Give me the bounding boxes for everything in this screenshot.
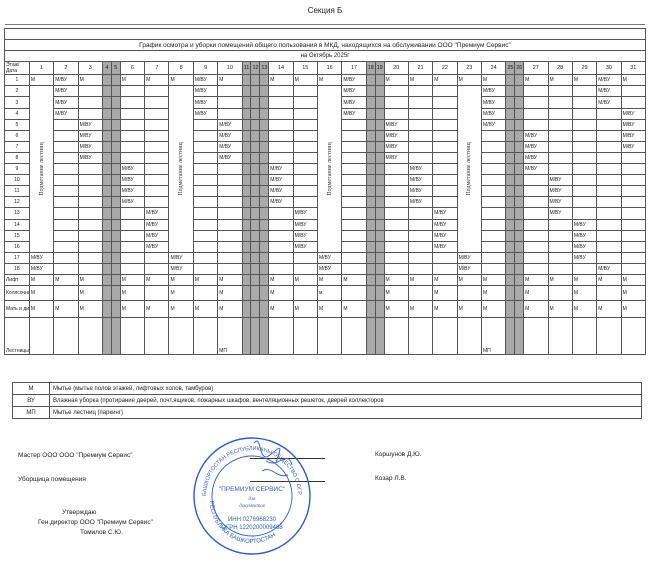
schedule-cell (218, 197, 242, 208)
schedule-cell: М (572, 274, 596, 285)
schedule-cell (506, 208, 515, 219)
schedule-cell (193, 119, 217, 130)
schedule-cell (251, 230, 260, 241)
schedule-cell (251, 241, 260, 252)
schedule-cell (251, 252, 260, 263)
schedule-cell (111, 219, 120, 230)
schedule-cell (193, 286, 217, 301)
schedule-cell (366, 241, 375, 252)
schedule-cell (54, 318, 78, 355)
schedule-cell: М/ВУ (433, 241, 457, 252)
schedule-cell: М (621, 75, 645, 86)
schedule-cell (260, 197, 269, 208)
director-name: Томилов С.Ю. (80, 529, 123, 536)
schedule-cell (506, 301, 515, 318)
schedule-cell (408, 119, 432, 130)
schedule-cell (408, 263, 432, 274)
day-header: 12 (251, 62, 260, 75)
schedule-cell (54, 119, 78, 130)
schedule-cell (251, 301, 260, 318)
schedule-cell: М (384, 301, 408, 318)
schedule-cell (102, 241, 111, 252)
schedule-cell: М/ВУ (169, 252, 193, 263)
schedule-cell (515, 119, 524, 130)
schedule-cell: М (169, 75, 193, 86)
schedule-cell: М (269, 274, 293, 285)
schedule-cell: М (481, 301, 505, 318)
schedule-cell (260, 263, 269, 274)
schedule-cell (218, 219, 242, 230)
schedule-cell (621, 86, 645, 97)
schedule-cell (366, 119, 375, 130)
schedule-cell (548, 97, 572, 108)
schedule-cell (515, 263, 524, 274)
schedule-cell (524, 318, 548, 355)
schedule-cell (515, 175, 524, 186)
schedule-cell (145, 318, 169, 355)
schedule-cell (102, 164, 111, 175)
corner-label: Этаж/Дата (5, 62, 30, 75)
day-header: 21 (408, 62, 432, 75)
schedule-cell (366, 286, 375, 301)
floor-label: 15 (5, 230, 30, 241)
schedule-cell: М/ВУ (193, 75, 217, 86)
schedule-cell (54, 175, 78, 186)
schedule-cell (481, 263, 505, 274)
schedule-cell (260, 186, 269, 197)
day-header: 6 (120, 62, 144, 75)
schedule-cell: М/ВУ (169, 263, 193, 274)
schedule-cell (524, 119, 548, 130)
schedule-cell (342, 141, 366, 152)
schedule-cell (242, 241, 251, 252)
schedule-cell: М/ВУ (342, 86, 366, 97)
day-header: 2 (54, 62, 78, 75)
schedule-cell (506, 241, 515, 252)
schedule-cell: М/ВУ (145, 230, 169, 241)
schedule-cell: М (384, 75, 408, 86)
schedule-cell (120, 152, 144, 163)
cleaner-role: Уборщица помещения (18, 476, 86, 483)
schedule-cell (597, 164, 621, 175)
schedule-cell (342, 219, 366, 230)
extra-row: Мать и дитяММММММММММММММММММММММ (5, 301, 646, 318)
schedule-cell: М (269, 286, 293, 301)
schedule-cell (375, 286, 384, 301)
schedule-cell (433, 186, 457, 197)
schedule-cell: М (169, 274, 193, 285)
schedule-cell (597, 130, 621, 141)
schedule-cell (597, 208, 621, 219)
schedule-cell (515, 152, 524, 163)
schedule-cell (481, 141, 505, 152)
day-header: 5 (111, 62, 120, 75)
schedule-cell (366, 263, 375, 274)
schedule-cell: М/ВУ (293, 241, 317, 252)
schedule-cell: М (621, 286, 645, 301)
day-header: 16 (318, 62, 342, 75)
schedule-cell (218, 108, 242, 119)
schedule-cell (408, 208, 432, 219)
schedule-cell (102, 141, 111, 152)
schedule-cell (515, 301, 524, 318)
schedule-cell (433, 197, 457, 208)
schedule-cell (366, 86, 375, 97)
schedule-cell (102, 318, 111, 355)
schedule-cell (120, 208, 144, 219)
schedule-cell (120, 86, 144, 97)
schedule-cell: М (78, 286, 102, 301)
schedule-cell (260, 130, 269, 141)
schedule-cell (251, 318, 260, 355)
schedule-cell: М/ВУ (572, 252, 596, 263)
schedule-cell: М/ВУ (524, 141, 548, 152)
schedule-cell (193, 186, 217, 197)
schedule-cell (218, 252, 242, 263)
schedule-cell (548, 141, 572, 152)
schedule-cell (251, 130, 260, 141)
schedule-cell: М/ВУ (218, 141, 242, 152)
schedule-cell (193, 219, 217, 230)
schedule-cell (78, 186, 102, 197)
schedule-cell: М/ВУ (524, 130, 548, 141)
schedule-cell (242, 175, 251, 186)
schedule-cell (293, 164, 317, 175)
schedule-cell (193, 175, 217, 186)
schedule-cell (548, 286, 572, 301)
schedule-cell (408, 252, 432, 263)
schedule-cell (572, 208, 596, 219)
schedule-cell: М (524, 301, 548, 318)
schedule-cell: М/ВУ (218, 152, 242, 163)
schedule-cell (408, 230, 432, 241)
schedule-cell (548, 252, 572, 263)
schedule-cell: М (572, 301, 596, 318)
schedule-cell (102, 301, 111, 318)
schedule-cell (572, 141, 596, 152)
schedule-cell: М (548, 75, 572, 86)
schedule-cell (102, 175, 111, 186)
schedule-cell (597, 175, 621, 186)
schedule-cell (366, 274, 375, 285)
schedule-cell (621, 263, 645, 274)
schedule-cell (218, 186, 242, 197)
schedule-cell (621, 318, 645, 355)
day-header: 9 (193, 62, 217, 75)
schedule-cell (433, 108, 457, 119)
schedule-cell (366, 152, 375, 163)
schedule-cell (548, 230, 572, 241)
schedule-cell: М/ВУ (120, 197, 144, 208)
schedule-cell (481, 252, 505, 263)
schedule-cell (54, 152, 78, 163)
schedule-cell: М (218, 286, 242, 301)
floor-label: 10 (5, 175, 30, 186)
schedule-cell: М (54, 301, 78, 318)
schedule-cell: М/ВУ (457, 263, 481, 274)
schedule-cell (242, 286, 251, 301)
floor-row: 17М/ВУМ/ВУМ/ВУМ/ВУМ/ВУ (5, 252, 646, 263)
floor-label: 4 (5, 108, 30, 119)
schedule-cell (515, 274, 524, 285)
schedule-cell (384, 252, 408, 263)
schedule-cell (408, 152, 432, 163)
schedule-cell: М/ВУ (548, 186, 572, 197)
schedule-cell (515, 130, 524, 141)
schedule-cell: М (481, 274, 505, 285)
schedule-cell: М (29, 75, 53, 86)
schedule-cell (375, 241, 384, 252)
schedule-cell (318, 318, 342, 355)
schedule-cell (572, 97, 596, 108)
schedule-cell (524, 252, 548, 263)
schedule-cell: МП (481, 318, 505, 355)
svg-text:для: для (248, 497, 256, 502)
schedule-cell (524, 219, 548, 230)
schedule-cell (251, 219, 260, 230)
schedule-cell (218, 97, 242, 108)
schedule-cell (506, 75, 515, 86)
schedule-cell: М (293, 75, 317, 86)
schedule-cell (506, 175, 515, 186)
schedule-cell (193, 252, 217, 263)
schedule-cell (145, 197, 169, 208)
schedule-cell (481, 208, 505, 219)
schedule-cell: М/ВУ (597, 263, 621, 274)
schedule-cell: М/ВУ (621, 130, 645, 141)
schedule-cell: М/ВУ (145, 219, 169, 230)
schedule-cell: М (169, 286, 193, 301)
schedule-cell: М/ВУ (384, 152, 408, 163)
schedule-cell (193, 164, 217, 175)
schedule-cell (515, 75, 524, 86)
schedule-cell: м (318, 286, 342, 301)
svg-text:документов: документов (239, 504, 265, 509)
schedule-cell (408, 86, 432, 97)
schedule-cell (120, 318, 144, 355)
day-header: 28 (548, 62, 572, 75)
schedule-cell (242, 119, 251, 130)
schedule-cell: М (193, 301, 217, 318)
schedule-cell: М (408, 301, 432, 318)
schedule-cell (78, 208, 102, 219)
schedule-cell: М (524, 286, 548, 301)
schedule-cell (384, 208, 408, 219)
schedule-cell (218, 208, 242, 219)
schedule-cell: М/ВУ (120, 186, 144, 197)
schedule-cell (242, 130, 251, 141)
schedule-cell (597, 108, 621, 119)
schedule-cell: М/ВУ (29, 263, 53, 274)
schedule-title: График осмотра и уборки помещений общего… (5, 40, 646, 51)
schedule-cell: М/ВУ (78, 141, 102, 152)
schedule-cell (102, 119, 111, 130)
schedule-cell (384, 197, 408, 208)
schedule-cell (481, 164, 505, 175)
schedule-cell: М (120, 286, 144, 301)
legend-row: ММытье (мытье полов этажей, лифтовых хол… (13, 383, 642, 395)
schedule-cell (260, 219, 269, 230)
schedule-cell (433, 164, 457, 175)
schedule-cell (193, 241, 217, 252)
schedule-cell (375, 175, 384, 186)
schedule-cell (251, 274, 260, 285)
schedule-cell (120, 108, 144, 119)
legend-code: МП (13, 407, 50, 419)
schedule-cell (515, 219, 524, 230)
schedule-cell (111, 286, 120, 301)
schedule-cell (515, 318, 524, 355)
schedule-cell (375, 130, 384, 141)
schedule-cell: М (218, 301, 242, 318)
schedule-cell (597, 286, 621, 301)
schedule-cell: М/ВУ (597, 75, 621, 86)
legend-code: ВУ (13, 395, 50, 407)
schedule-cell (260, 252, 269, 263)
schedule-cell (384, 241, 408, 252)
schedule-cell: М/ВУ (548, 208, 572, 219)
schedule-cell (506, 252, 515, 263)
day-header: 29 (572, 62, 596, 75)
schedule-cell (260, 208, 269, 219)
schedule-cell: М/ВУ (29, 252, 53, 263)
schedule-cell (120, 230, 144, 241)
schedule-cell (193, 263, 217, 274)
schedule-cell (102, 75, 111, 86)
floor-label: 6 (5, 130, 30, 141)
schedule-cell: М (29, 286, 53, 301)
schedule-cell (515, 208, 524, 219)
schedule-cell: М/ВУ (408, 197, 432, 208)
schedule-cell (433, 119, 457, 130)
schedule-cell (506, 186, 515, 197)
schedule-cell (260, 164, 269, 175)
schedule-cell (597, 186, 621, 197)
day-header: 20 (384, 62, 408, 75)
schedule-cell: М/ВУ (408, 164, 432, 175)
schedule-cell (433, 318, 457, 355)
schedule-cell (102, 152, 111, 163)
schedule-cell: М/ВУ (408, 186, 432, 197)
schedule-cell (145, 141, 169, 152)
schedule-cell (260, 286, 269, 301)
schedule-cell: М/ВУ (342, 108, 366, 119)
schedule-cell (120, 141, 144, 152)
schedule-cell (375, 208, 384, 219)
schedule-cell (54, 197, 78, 208)
schedule-cell (102, 86, 111, 97)
schedule-cell (433, 175, 457, 186)
schedule-cell (145, 119, 169, 130)
schedule-cell (621, 230, 645, 241)
schedule-cell (506, 108, 515, 119)
schedule-cell (54, 252, 78, 263)
schedule-cell (375, 274, 384, 285)
schedule-cell (269, 252, 293, 263)
schedule-cell (218, 164, 242, 175)
schedule-cell (597, 241, 621, 252)
extra-row: КолясочнаяММММММмММММММ (5, 286, 646, 301)
schedule-cell: М/ВУ (54, 108, 78, 119)
schedule-cell: М/ВУ (524, 152, 548, 163)
schedule-cell: М/ВУ (384, 141, 408, 152)
schedule-cell: М/ВУ (193, 97, 217, 108)
schedule-cell (251, 108, 260, 119)
schedule-cell (524, 108, 548, 119)
schedule-cell (342, 175, 366, 186)
schedule-cell: М/ВУ (145, 208, 169, 219)
schedule-cell (408, 286, 432, 301)
schedule-cell: М/ВУ (318, 252, 342, 263)
schedule-cell (572, 108, 596, 119)
schedule-cell (548, 219, 572, 230)
schedule-cell (524, 97, 548, 108)
schedule-cell (342, 197, 366, 208)
schedule-cell (218, 263, 242, 274)
schedule-cell (515, 86, 524, 97)
extra-row: Лестницы паркингМПМП (5, 318, 646, 355)
schedule-cell (54, 164, 78, 175)
schedule-cell (218, 86, 242, 97)
schedule-cell (293, 97, 317, 108)
section-title: Секция Б (0, 6, 650, 15)
sweep-stairs-cell: Подметание лестниц (318, 86, 342, 252)
schedule-cell (572, 197, 596, 208)
schedule-cell (548, 164, 572, 175)
document-page: Секция Б График осмотра и уборки помещен… (0, 0, 650, 573)
schedule-cell (506, 263, 515, 274)
schedule-cell (102, 286, 111, 301)
schedule-cell: М (145, 274, 169, 285)
schedule-cell (293, 175, 317, 186)
schedule-cell: М/ВУ (269, 197, 293, 208)
schedule-cell (293, 141, 317, 152)
schedule-cell (597, 252, 621, 263)
schedule-cell (597, 230, 621, 241)
schedule-month: на Октябрь 2025г (5, 51, 646, 62)
schedule-cell: М/ВУ (621, 108, 645, 119)
schedule-cell (597, 152, 621, 163)
schedule-cell: М/ВУ (342, 75, 366, 86)
schedule-cell (242, 108, 251, 119)
schedule-cell: М (78, 75, 102, 86)
director-role: Ген.директор ООО "Премиум Сервис" (38, 519, 153, 526)
schedule-cell (293, 286, 317, 301)
schedule-cell (572, 164, 596, 175)
day-header: 1 (29, 62, 53, 75)
schedule-cell: М (29, 301, 53, 318)
schedule-cell (375, 75, 384, 86)
schedule-cell (54, 186, 78, 197)
schedule-cell (433, 97, 457, 108)
schedule-cell (548, 86, 572, 97)
schedule-cell (342, 252, 366, 263)
schedule-cell (621, 241, 645, 252)
schedule-cell (293, 197, 317, 208)
schedule-cell (515, 241, 524, 252)
day-header: 23 (457, 62, 481, 75)
extra-row-label: Колясочная (5, 286, 30, 301)
schedule-cell (102, 186, 111, 197)
floor-label: 17 (5, 252, 30, 263)
master-name: Коршунов Д.Ю. (375, 451, 422, 458)
schedule-cell (384, 219, 408, 230)
schedule-cell: М/ВУ (78, 119, 102, 130)
schedule-cell (515, 197, 524, 208)
schedule-cell: М/ВУ (384, 119, 408, 130)
schedule-cell (242, 274, 251, 285)
schedule-cell (433, 152, 457, 163)
